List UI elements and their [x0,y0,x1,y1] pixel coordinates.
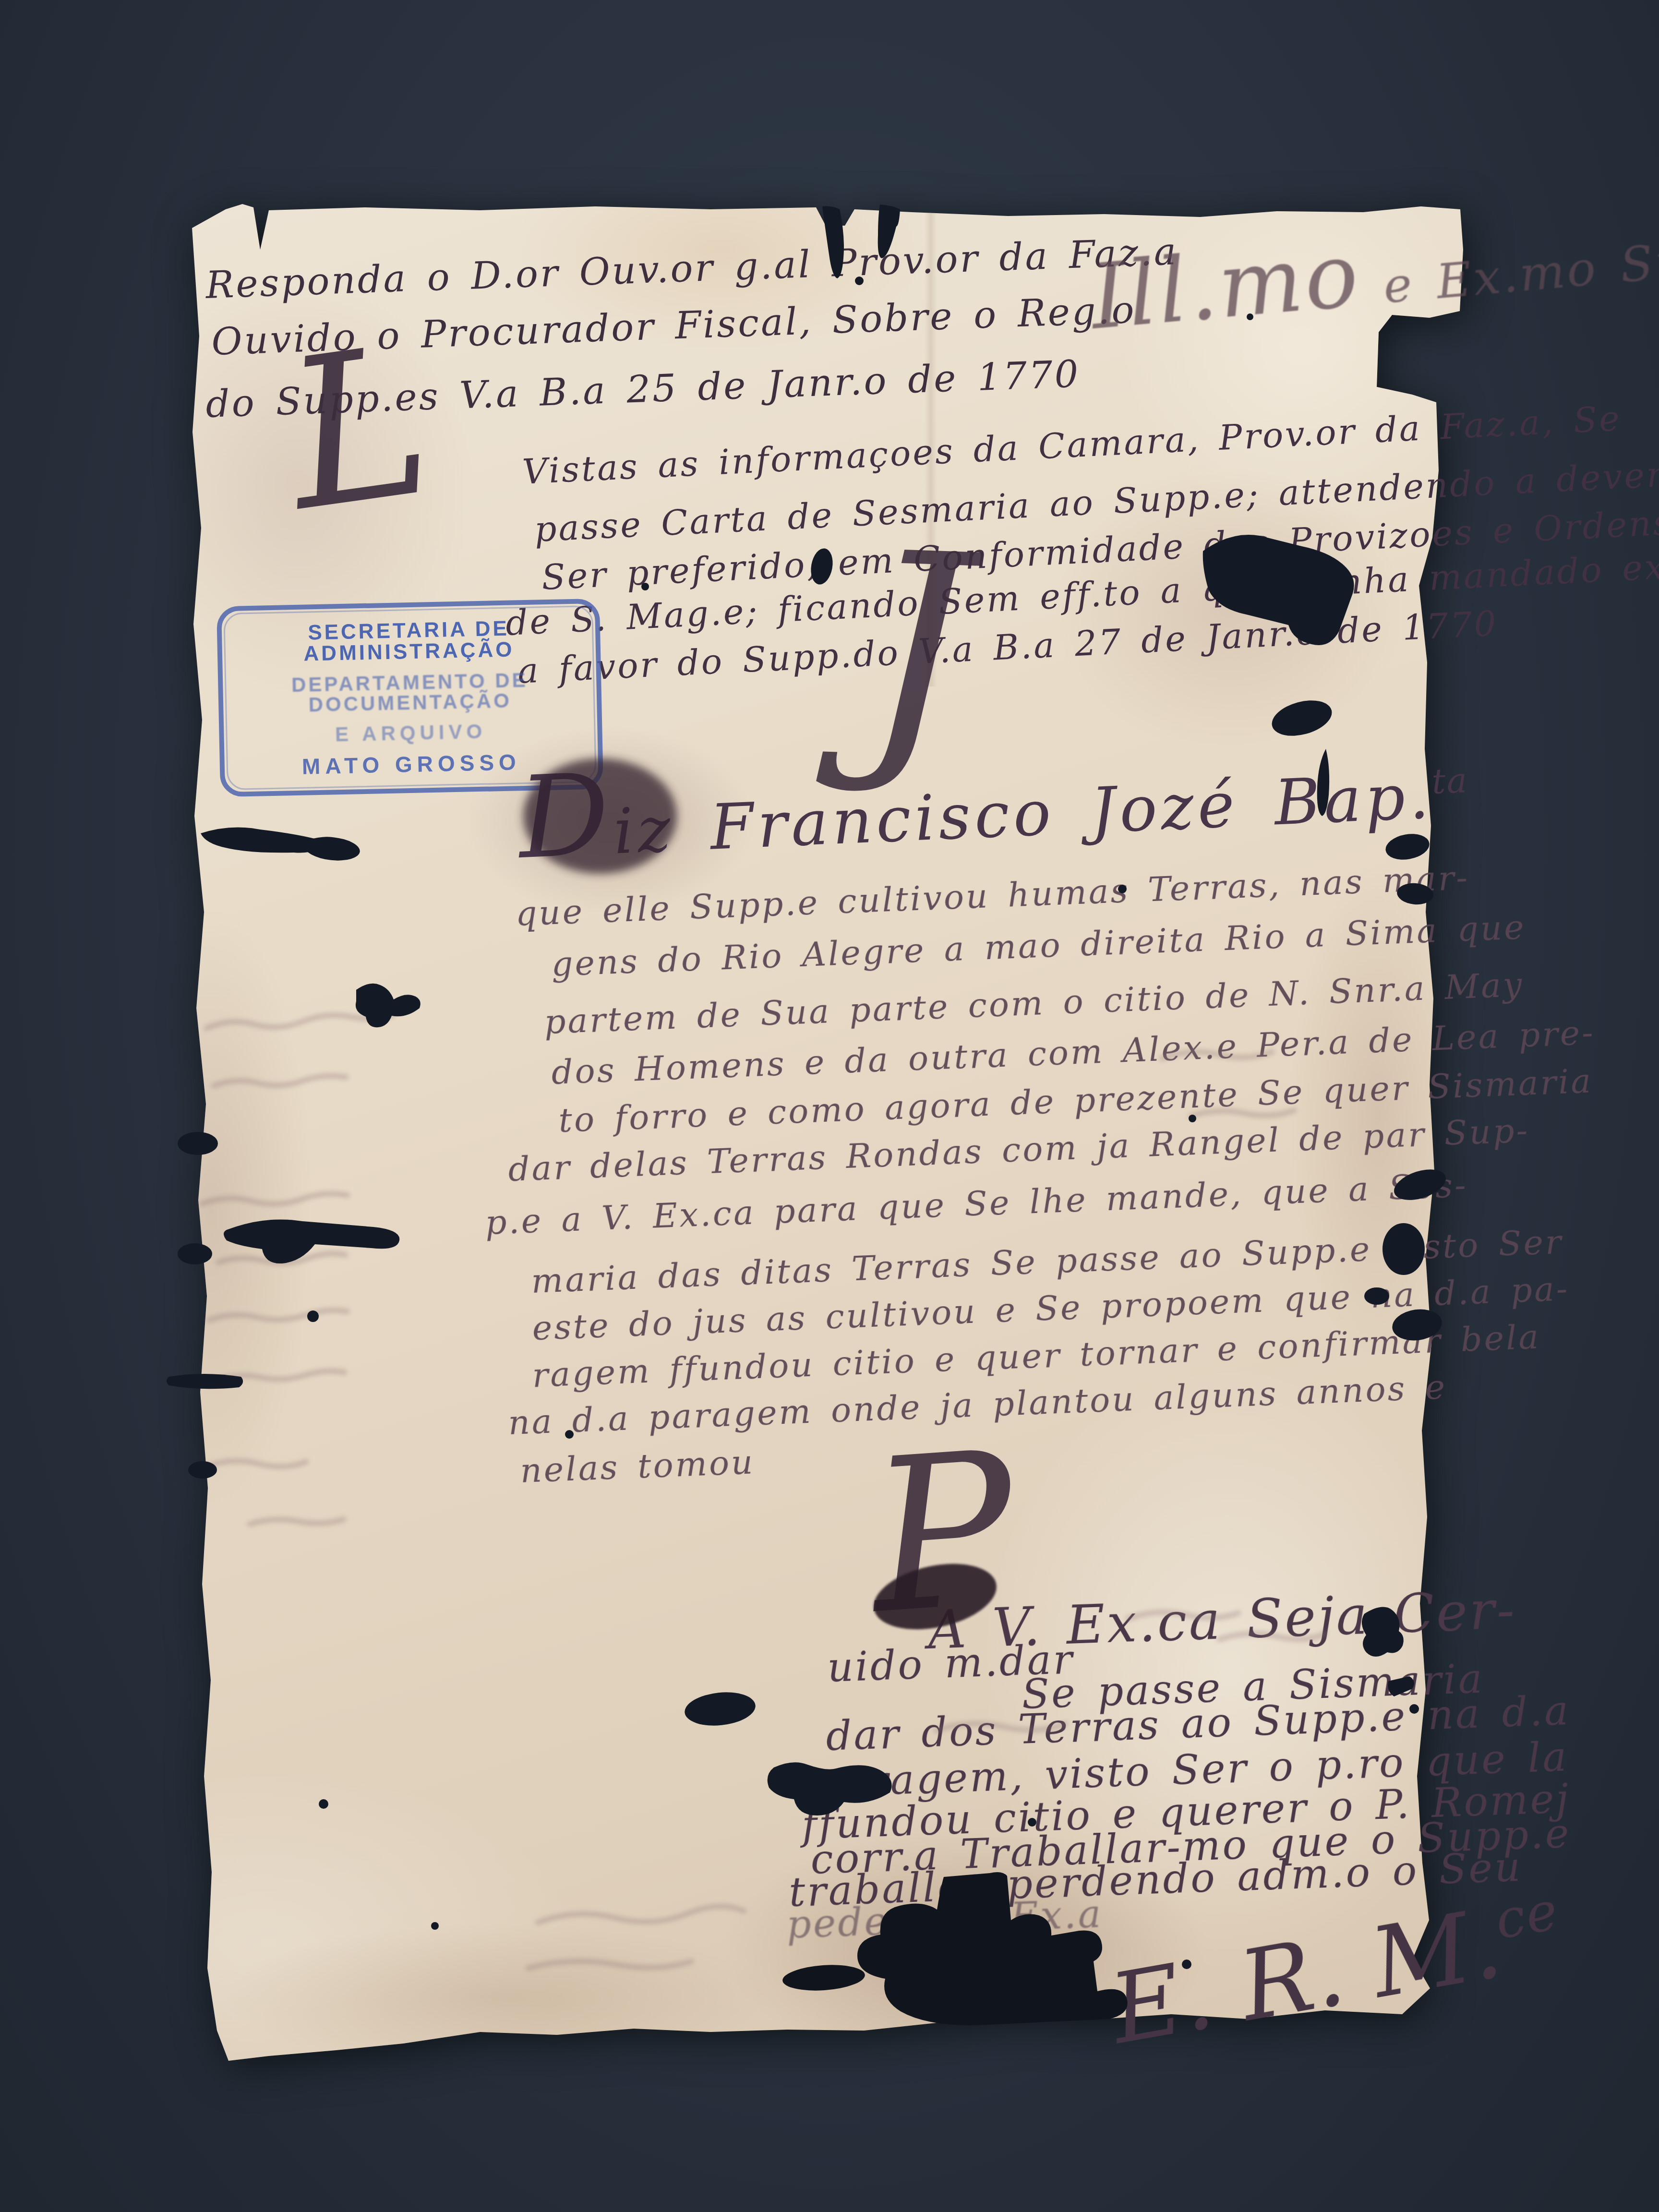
stamp-line: E ARQUIVO [335,721,487,745]
closing-line: pede a V. Ex.a [786,1895,1103,1944]
petition-line: nelas tomou [519,1445,755,1488]
signature-superscript: ce [1491,1879,1563,1951]
stamp-line: SECRETARIA DE ADMINISTRAÇÃO [224,616,594,666]
petition-opening-initial: D [516,749,616,884]
rubric-flourish-left: L [276,317,441,541]
rubric-flourish-center: J [860,518,973,781]
photo-background: Responda o D.or Ouv.or g.al Prov.or da F… [0,0,1659,2212]
stamp-line: MATO GROSSO [302,751,521,778]
petition-opening-superscript: ta [1431,760,1469,802]
stamp-line: DEPARTAMENTO DE DOCUMENTAÇÃO [225,669,595,717]
